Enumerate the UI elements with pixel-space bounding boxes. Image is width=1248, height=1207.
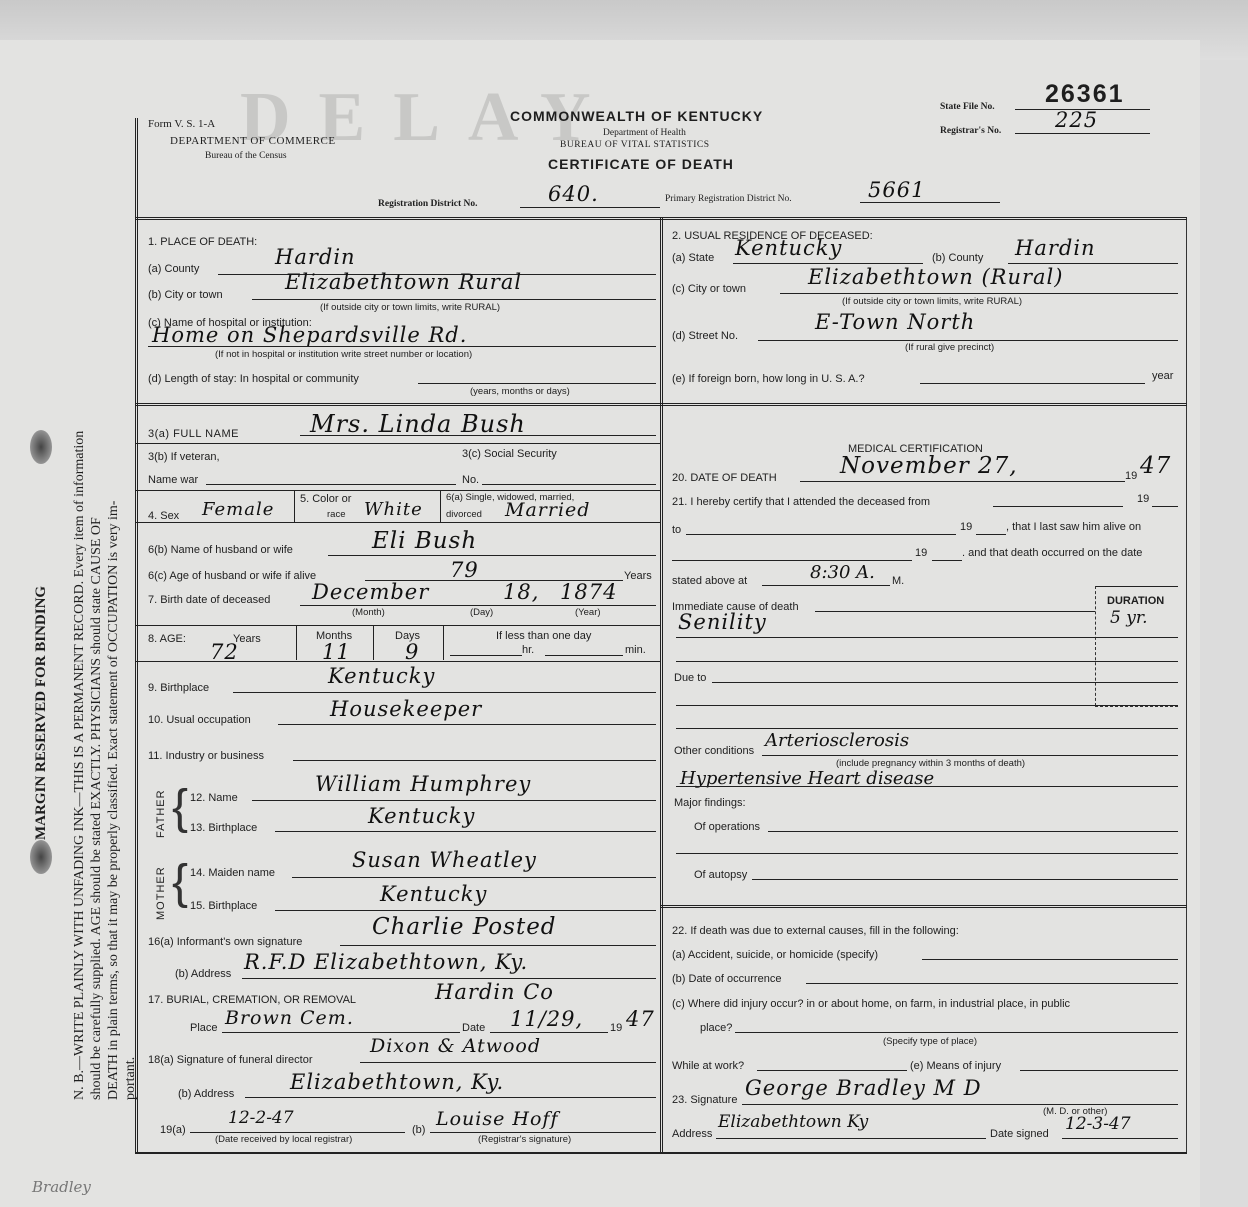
operations-line-2[interactable] <box>676 853 1178 854</box>
less-than-day-label: If less than one day <box>496 630 591 642</box>
year-hint: (Year) <box>575 607 601 618</box>
form-number: Form V. S. 1-A <box>148 118 215 130</box>
res-city-hint: (If outside city or town limits, write R… <box>842 296 1022 307</box>
primary-district-value: 5661 <box>868 178 925 202</box>
city-label: (b) City or town <box>148 289 223 301</box>
spouse-field[interactable]: Eli Bush <box>372 528 477 554</box>
industry-field[interactable] <box>293 760 656 761</box>
mother-tag: MOTHER <box>155 866 167 920</box>
funeral-address-label: (b) Address <box>178 1088 234 1100</box>
stay-field[interactable] <box>418 383 656 384</box>
certify-line-1: 21. I hereby certify that I attended the… <box>672 496 930 508</box>
burial-label: 17. BURIAL, CREMATION, OR REMOVAL <box>148 994 356 1006</box>
duration-box-left <box>1095 586 1096 706</box>
attended-to-year[interactable] <box>976 534 1006 535</box>
reg-district-value: 640. <box>548 182 599 206</box>
means-field[interactable] <box>1020 1070 1178 1071</box>
nineteen: 19 <box>915 547 927 559</box>
frame-left <box>135 118 138 1153</box>
min-label: min. <box>625 644 646 656</box>
place-death-heading: 1. PLACE OF DEATH: <box>148 236 257 248</box>
father-brace-icon: { <box>172 780 188 835</box>
father-name-field[interactable]: William Humphrey <box>315 772 531 796</box>
underline <box>716 1138 986 1139</box>
cell-divider <box>294 490 295 522</box>
underline <box>430 1132 656 1133</box>
autopsy-label: Of autopsy <box>694 869 747 881</box>
where-label: (c) Where did injury occur? in or about … <box>672 998 1070 1010</box>
hospital-field[interactable]: Home on Shepardsville Rd. <box>152 323 467 347</box>
row-divider <box>135 443 660 444</box>
accident-label: (a) Accident, suicide, or homicide (spec… <box>672 949 878 961</box>
margin-scrawl: Bradley <box>32 1178 91 1196</box>
duration-box-bottom <box>1095 706 1178 707</box>
underline <box>780 293 1178 294</box>
birth-year-field[interactable]: 1874 <box>560 580 617 604</box>
underline <box>245 1097 656 1098</box>
underline <box>733 263 923 264</box>
place-hint: (Specify type of place) <box>883 1036 977 1047</box>
hr-label: hr. <box>522 644 534 656</box>
operations-label: Of operations <box>694 821 760 833</box>
underline <box>275 910 656 911</box>
burial-year-field[interactable]: 47 <box>626 1007 655 1031</box>
registrar-value: 225 <box>1055 108 1098 132</box>
underline <box>340 945 656 946</box>
frame-right <box>1186 218 1187 1153</box>
name-war-field[interactable] <box>206 484 456 485</box>
month-hint: (Month) <box>352 607 385 618</box>
primary-district-label: Primary Registration District No. <box>665 194 792 204</box>
registrar-date-hint: (Date received by local registrar) <box>215 1134 352 1145</box>
mother-birth-field[interactable]: Kentucky <box>380 882 487 906</box>
stated-above-label: stated above at <box>672 575 747 587</box>
section-divider <box>135 403 1187 406</box>
binding-hole-icon <box>30 840 52 874</box>
funeral-address-field[interactable]: Elizabethtown, Ky. <box>290 1070 504 1094</box>
underline <box>292 877 656 878</box>
hospital-hint: (If not in hospital or institution write… <box>215 349 472 360</box>
underline <box>742 1104 1178 1105</box>
death-year-prefix: 19 <box>1125 470 1137 482</box>
marital-label-2: divorced <box>446 509 482 520</box>
external-heading: 22. If death was due to external causes,… <box>672 925 959 937</box>
duration-box-top <box>1095 586 1178 587</box>
father-tag: FATHER <box>155 789 167 838</box>
father-birth-label: 13. Birthplace <box>190 822 257 834</box>
instructions-line-3: DEATH in plain terms, so that it may be … <box>106 501 122 1100</box>
occupation-field[interactable]: Housekeeper <box>330 697 482 721</box>
underline <box>800 481 1125 482</box>
father-birth-field[interactable]: Kentucky <box>368 804 475 828</box>
due-to-label: Due to <box>674 672 706 684</box>
time-suffix: M. <box>892 575 904 587</box>
place-field[interactable] <box>735 1032 1178 1033</box>
res-state-field[interactable]: Kentucky <box>735 236 842 260</box>
res-street-label: (d) Street No. <box>672 330 738 342</box>
underline <box>676 786 1178 787</box>
informant-address-field[interactable]: R.F.D Elizabethtown, Ky. <box>244 950 528 974</box>
color-label-2: race <box>327 509 345 520</box>
place-label: place? <box>700 1022 732 1034</box>
underline <box>1008 263 1178 264</box>
spouse-label: 6(b) Name of husband or wife <box>148 544 293 556</box>
death-year-field[interactable]: 47 <box>1140 453 1171 479</box>
certifier-address-label: Address <box>672 1128 712 1140</box>
burial-place-label: Place <box>190 1022 218 1034</box>
other-field[interactable]: Arteriosclerosis <box>765 730 909 751</box>
occurrence-field[interactable] <box>806 983 1178 984</box>
underline <box>242 978 656 979</box>
operations-field[interactable] <box>768 831 1178 832</box>
underline <box>1062 1138 1178 1139</box>
work-field[interactable] <box>757 1070 907 1071</box>
means-label: (e) Means of injury <box>910 1060 1001 1072</box>
birth-month-field[interactable]: December <box>312 580 429 604</box>
day-hint: (Day) <box>470 607 493 618</box>
registrar-label: Registrar's No. <box>940 126 1001 136</box>
city-field[interactable]: Elizabethtown Rural <box>285 270 522 294</box>
instructions-line-2: should be carefully supplied. AGE should… <box>89 517 105 1100</box>
underline <box>300 605 656 606</box>
mother-birth-label: 15. Birthplace <box>190 900 257 912</box>
burial-year-prefix: 19 <box>610 1022 622 1034</box>
last-saw-text: , that I last saw him alive on <box>1006 521 1141 533</box>
occupation-label: 10. Usual occupation <box>148 714 251 726</box>
color-field[interactable]: White <box>364 499 423 520</box>
center-divider <box>660 218 663 1153</box>
underline <box>1015 133 1150 134</box>
birth-label: 7. Birth date of deceased <box>148 594 270 606</box>
accident-field[interactable] <box>922 959 1178 960</box>
veteran-label: 3(b) If veteran, <box>148 451 220 463</box>
autopsy-field[interactable] <box>752 879 1178 880</box>
underline <box>762 755 1178 756</box>
ss-no-field[interactable] <box>482 484 656 485</box>
registrar-date-label: 19(a) <box>160 1124 186 1136</box>
underline <box>233 692 656 693</box>
burial-date-field[interactable]: 11/29, <box>510 1007 583 1031</box>
birth-day-field[interactable]: 18, <box>503 580 539 604</box>
binding-margin: MARGIN RESERVED FOR BINDING N. B.—WRITE … <box>0 110 130 1110</box>
city-hint: (If outside city or town limits, write R… <box>320 302 500 313</box>
full-name-label: 3(a) FULL NAME <box>148 428 239 440</box>
name-war-label: Name war <box>148 474 198 486</box>
registrar-sig-hint: (Registrar's signature) <box>478 1134 571 1145</box>
state-file-value: 26361 <box>1045 80 1125 109</box>
death-date-field[interactable]: November 27, <box>840 453 1018 479</box>
underline <box>758 340 1178 341</box>
underline <box>762 585 890 586</box>
res-county-field[interactable]: Hardin <box>1015 236 1096 260</box>
underline <box>190 1132 405 1133</box>
major-findings-label: Major findings: <box>674 797 746 809</box>
sex-label: 4. Sex <box>148 510 179 522</box>
underline <box>328 555 656 556</box>
industry-label: 11. Industry or business <box>148 750 264 762</box>
burial-county-field[interactable]: Hardin Co <box>435 980 554 1004</box>
county-field[interactable]: Hardin <box>275 245 356 269</box>
age-label: 8. AGE: <box>148 633 186 645</box>
other-label: Other conditions <box>674 745 754 757</box>
commonwealth-title: COMMONWEALTH OF KENTUCKY <box>510 108 763 124</box>
attended-from-year[interactable] <box>1152 506 1178 507</box>
cell-divider <box>296 625 297 660</box>
certifier-sig-field[interactable]: George Bradley M D <box>745 1076 982 1100</box>
res-state-label: (a) State <box>672 252 714 264</box>
underline <box>676 637 1178 638</box>
instructions-line-1: N. B.—WRITE PLAINLY WITH UNFADING INK—TH… <box>72 431 88 1100</box>
occurrence-label: (b) Date of occurrence <box>672 973 781 985</box>
dept-health: Department of Health <box>603 128 686 138</box>
minutes-field[interactable] <box>545 655 623 656</box>
registrar-date-field[interactable]: 12-2-47 <box>228 1108 294 1128</box>
due-to-line-3[interactable] <box>676 728 1178 729</box>
res-city-field[interactable]: Elizabethtown (Rural) <box>808 265 1063 289</box>
funeral-director-label: 18(a) Signature of funeral director <box>148 1054 312 1066</box>
certificate-title: CERTIFICATE OF DEATH <box>548 156 734 172</box>
underline <box>520 207 660 208</box>
row-divider <box>135 522 660 523</box>
last-saw-year[interactable] <box>932 560 962 561</box>
registrar-sig-label: (b) <box>412 1124 425 1136</box>
res-street-field[interactable]: E-Town North <box>815 310 975 334</box>
ss-no-label: No. <box>462 474 479 486</box>
registrar-sig-field[interactable]: Louise Hoff <box>436 1108 558 1130</box>
row-divider <box>135 490 660 491</box>
cause-line-2[interactable] <box>676 661 1178 662</box>
binding-hole-icon <box>30 430 52 464</box>
underline <box>300 435 656 436</box>
immediate-field[interactable]: Senility <box>678 610 767 634</box>
cell-divider <box>373 625 374 660</box>
underline <box>360 1062 656 1063</box>
last-saw-field[interactable] <box>672 560 912 561</box>
nineteen: 19 <box>960 521 972 533</box>
underline <box>278 724 656 725</box>
informant-sig-label: 16(a) Informant's own signature <box>148 936 302 948</box>
certifier-sig-label: 23. Signature <box>672 1094 737 1106</box>
attended-from-field[interactable] <box>993 506 1123 507</box>
foreign-label: (e) If foreign born, how long in U. S. A… <box>672 373 865 385</box>
informant-address-label: (b) Address <box>175 968 231 980</box>
spouse-age-field[interactable]: 79 <box>450 558 479 582</box>
birthplace-field[interactable]: Kentucky <box>328 664 435 688</box>
underline <box>490 1032 608 1033</box>
cell-divider <box>440 490 441 522</box>
underline <box>222 1032 460 1033</box>
due-to-field[interactable] <box>712 682 1178 683</box>
spouse-age-unit: Years <box>624 570 652 582</box>
birthplace-label: 9. Birthplace <box>148 682 209 694</box>
foreign-unit: year <box>1152 370 1173 382</box>
spouse-age-label: 6(c) Age of husband or wife if alive <box>148 570 316 582</box>
date-signed-field[interactable]: 12-3-47 <box>1065 1114 1131 1134</box>
underline <box>252 800 656 801</box>
sex-field[interactable]: Female <box>202 499 274 520</box>
state-file-label: State File No. <box>940 102 995 112</box>
binding-note: MARGIN RESERVED FOR BINDING <box>33 586 50 840</box>
mother-brace-icon: { <box>172 855 188 910</box>
mother-name-field[interactable]: Susan Wheatley <box>352 848 537 872</box>
underline <box>815 611 1095 612</box>
row-divider <box>135 661 660 662</box>
color-label-1: 5. Color or <box>300 493 351 505</box>
full-name-field[interactable]: Mrs. Linda Bush <box>310 410 526 438</box>
work-label: While at work? <box>672 1060 744 1072</box>
burial-date-label: Date <box>462 1022 485 1034</box>
underline <box>860 202 1000 203</box>
dept-commerce: DEPARTMENT OF COMMERCE <box>170 135 336 147</box>
time-field[interactable]: 8:30 A. <box>810 562 875 583</box>
foreign-field[interactable] <box>920 383 1145 384</box>
duration-field[interactable]: 5 yr. <box>1110 608 1148 628</box>
attended-to-field[interactable] <box>686 534 956 535</box>
res-county-label: (b) County <box>932 252 983 264</box>
stay-label: (d) Length of stay: In hospital or commu… <box>148 373 359 385</box>
to-label: to <box>672 524 681 536</box>
stay-hint: (years, months or days) <box>470 386 570 397</box>
underline <box>252 299 656 300</box>
reg-district-label: Registration District No. <box>378 199 477 209</box>
hours-field[interactable] <box>450 655 522 656</box>
ss-label: 3(c) Social Security <box>462 448 557 460</box>
nineteen: 19 <box>1137 493 1149 505</box>
cell-divider <box>443 625 444 660</box>
row-divider <box>135 625 660 626</box>
certifier-address-field[interactable]: Elizabethtown Ky <box>718 1112 868 1132</box>
informant-sig-field[interactable]: Charlie Posted <box>372 914 557 940</box>
res-street-hint: (If rural give precinct) <box>905 342 994 353</box>
underline <box>148 346 656 347</box>
section-divider <box>660 905 1187 908</box>
father-name-label: 12. Name <box>190 792 238 804</box>
bureau-vital-statistics: BUREAU OF VITAL STATISTICS <box>560 140 710 150</box>
mother-name-label: 14. Maiden name <box>190 867 275 879</box>
duration-label: DURATION <box>1107 595 1164 607</box>
death-occurred-text: . and that death occurred on the date <box>962 547 1142 559</box>
header-divider <box>135 217 1187 220</box>
county-label: (a) County <box>148 263 199 275</box>
date-signed-label: Date signed <box>990 1128 1049 1140</box>
underline <box>275 831 656 832</box>
burial-place-field[interactable]: Brown Cem. <box>225 1007 354 1029</box>
res-city-label: (c) City or town <box>672 283 746 295</box>
marital-field[interactable]: Married <box>505 499 590 521</box>
death-date-label: 20. DATE OF DEATH <box>672 472 777 484</box>
due-to-line-2[interactable] <box>676 705 1178 706</box>
bureau-census: Bureau of the Census <box>205 151 287 161</box>
funeral-director-field[interactable]: Dixon & Atwood <box>370 1035 541 1057</box>
